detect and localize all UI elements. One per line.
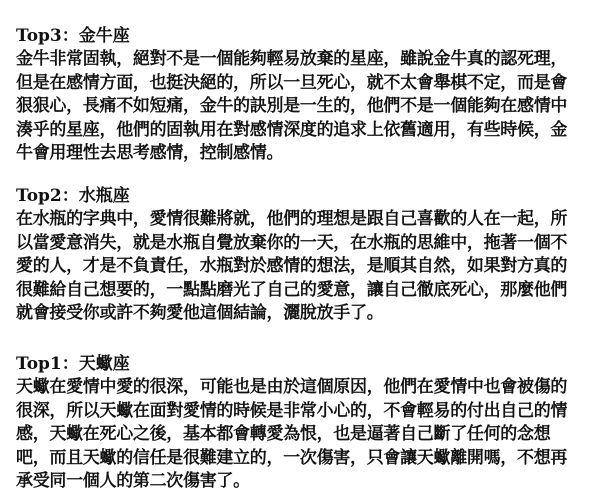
text-line: 牛會用理性去思考感情，控制感情。 <box>16 142 596 166</box>
text-line: 承受同一個人的第二次傷害了。 <box>16 470 596 494</box>
text-line: 吧，而且天蠍的信任是很難建立的，一次傷害，只會讓天蠍離開嗎，不想再 <box>16 447 596 471</box>
text-line: 感，天蠍在死心之後，基本都會轉愛為恨，也是逼著自己斷了任何的念想 <box>16 423 596 447</box>
section-heading: Top1：天蠍座 <box>16 352 596 376</box>
text-line: 金牛非常固執，絕對不是一個能夠輕易放棄的星座，雖說金牛真的認死理， <box>16 48 596 72</box>
section-top1-scorpio: Top1：天蠍座 天蠍在愛情中愛的很深，可能也是由於這個原因，他們在愛情中也會被… <box>16 352 596 494</box>
text-line: 很深，所以天蠍在面對愛情的時候是非常小心的，不會輕易的付出自己的情 <box>16 400 596 424</box>
section-top2-aquarius: Top2：水瓶座 在水瓶的字典中，愛情很難將就，他們的理想是跟自己喜歡的人在一起… <box>16 184 596 326</box>
text-line: 但是在感情方面，也挺決絕的，所以一旦死心，就不太會舉棋不定，而是會 <box>16 72 596 96</box>
text-line: 狠狠心，長痛不如短痛，金牛的訣別是一生的，他們不是一個能夠在感情中 <box>16 95 596 119</box>
text-line: 湊乎的星座，他們的固執用在對感情深度的追求上依舊適用，有些時候，金 <box>16 119 596 143</box>
section-heading: Top3：金牛座 <box>16 24 596 48</box>
section-top3-taurus: Top3：金牛座 金牛非常固執，絕對不是一個能夠輕易放棄的星座，雖說金牛真的認死… <box>16 24 596 166</box>
section-heading: Top2：水瓶座 <box>16 184 596 208</box>
text-line: 在水瓶的字典中，愛情很難將就，他們的理想是跟自己喜歡的人在一起，所 <box>16 208 596 232</box>
text-line: 愛的人，才是不負責任，水瓶對於感情的想法，是順其自然，如果對方真的 <box>16 255 596 279</box>
text-line: 天蠍在愛情中愛的很深，可能也是由於這個原因，他們在愛情中也會被傷的 <box>16 376 596 400</box>
text-line: 就會接受你或許不夠愛他這個結論，灑脫放手了。 <box>16 302 596 326</box>
text-line: 以當愛意消失，就是水瓶自覺放棄你的一天，在水瓶的思維中，拖著一個不 <box>16 232 596 256</box>
text-line: 很難給自己想要的，一點點磨光了自己的愛意，讓自己徹底死心，那麼他們 <box>16 279 596 303</box>
